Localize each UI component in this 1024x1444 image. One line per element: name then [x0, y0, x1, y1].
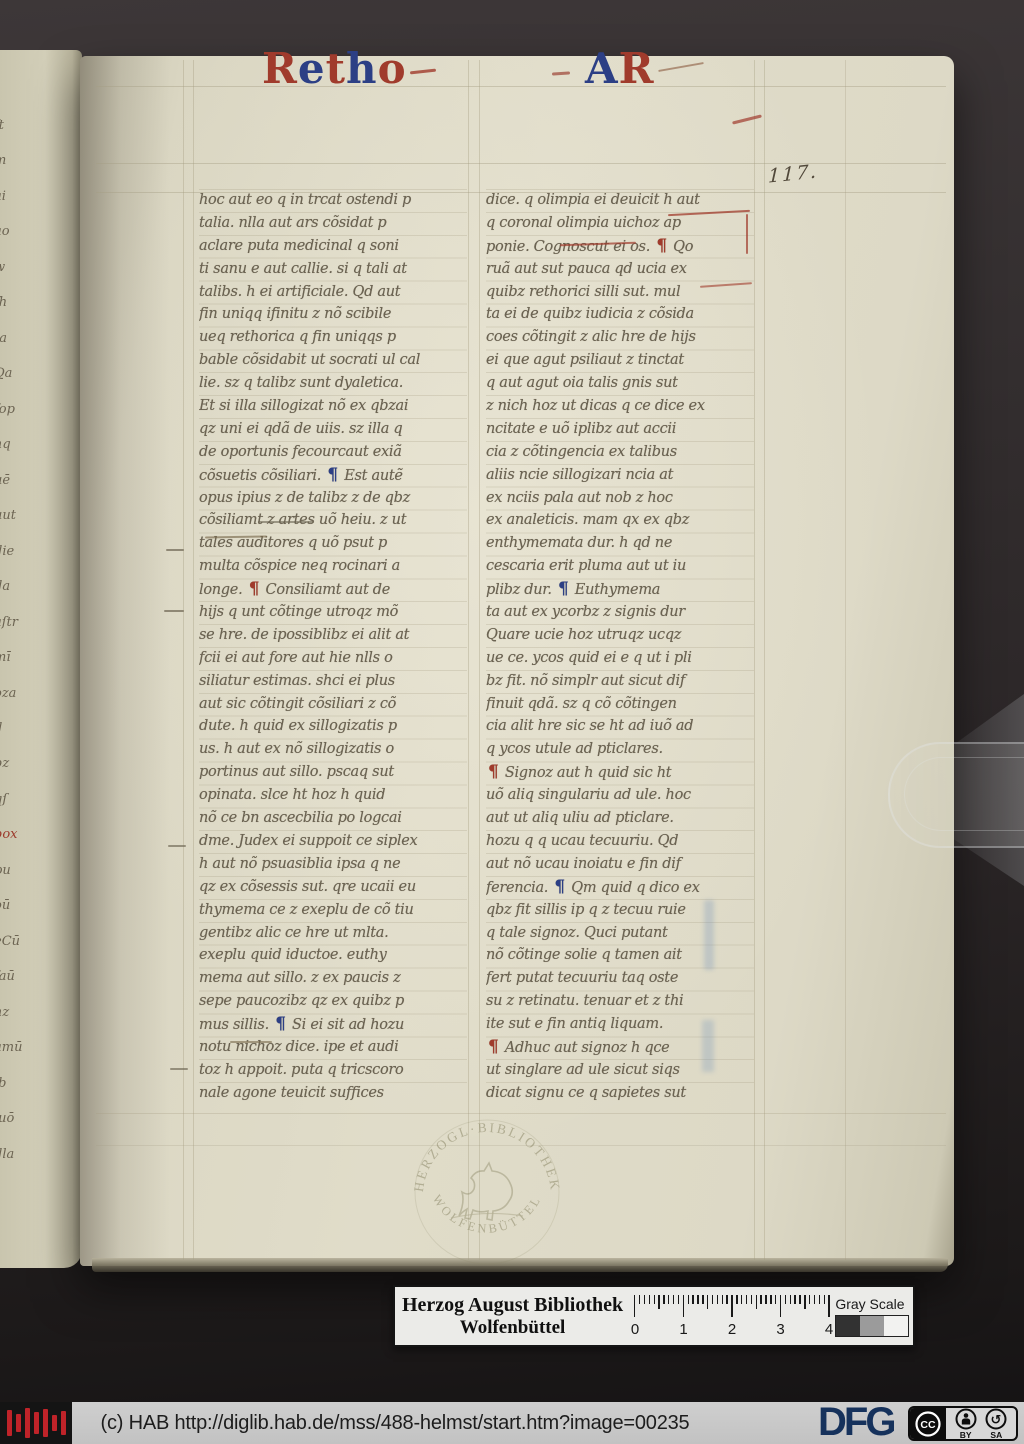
manuscript-line: su z retinatu. tenuar et z thi	[486, 990, 754, 1013]
text-fragment: eCū	[0, 934, 20, 949]
text-fragment: w	[0, 260, 5, 275]
grayscale-patch	[860, 1316, 884, 1336]
manuscript-line: h aut nõ psuasiblia ipsa q ne	[199, 853, 467, 876]
ruler-number: 3	[776, 1321, 784, 1338]
red-margin-stroke	[746, 214, 748, 254]
text-fragment: hz	[0, 1005, 9, 1020]
copyright-url: (c) HAB http://diglib.hab.de/mss/488-hel…	[0, 1402, 790, 1444]
manuscript-line: cescaria erit pluma aut ut iu	[486, 555, 754, 578]
text-fragment: mī	[0, 650, 11, 665]
text-fragment: box	[0, 827, 17, 842]
ruler-tick	[702, 1295, 703, 1304]
text-fragment: ao	[0, 224, 10, 239]
manuscript-line: ue ce. ycos quid ei e q ut i pli	[486, 647, 754, 670]
text-fragment: pu	[0, 863, 11, 878]
ruler-tick	[731, 1295, 732, 1317]
ruler-number: 4	[825, 1321, 833, 1338]
text-fragment: aſtr	[0, 615, 18, 630]
rubric-letter: o	[378, 48, 407, 90]
manuscript-line: toz h appoit. puta q tricscoro	[199, 1059, 467, 1082]
manuscript-line: Quare ucie hoz utruqz ucqz	[486, 624, 754, 647]
manuscript-line: exeplu quid iductoe. euthy	[199, 944, 467, 967]
manuscript-line: coes cõtingit z alic hre de hijs	[486, 326, 754, 349]
ruler-tick	[668, 1295, 669, 1304]
pilcrow-red: ¶	[654, 236, 669, 256]
manuscript-line: ueq rethorica q fin uniqqs p	[199, 326, 467, 349]
ruler-tick	[736, 1295, 737, 1304]
text-fragment: ai	[0, 189, 6, 204]
library-name-line2: Wolfenbüttel	[395, 1317, 630, 1339]
text-fragment: Qa	[0, 366, 12, 381]
cm-ruler: 01234	[634, 1293, 829, 1339]
rubric-letter: R	[262, 48, 298, 90]
manuscript-line: qz ex cõsessis sut. qre ucaii eu	[199, 876, 467, 899]
manuscript-line: opinata. slce ht hoz h quid	[199, 784, 467, 807]
ruler-tick	[819, 1295, 820, 1304]
ruler-tick	[654, 1295, 655, 1304]
text-fragment: oū	[0, 898, 10, 913]
manuscript-line: siliatur estimas. shci ei plus	[199, 670, 467, 693]
manuscript-line: talia. nlla aut ars cõsidat p	[199, 212, 467, 235]
manuscript-line: cõsiliamt z artes uõ heiu. z ut	[199, 509, 467, 532]
underline-mark	[230, 1041, 272, 1043]
manuscript-line: dute. h quid ex sillogizatis p	[199, 715, 467, 738]
ruler-number: 0	[631, 1321, 639, 1338]
manuscript-line: aut ut aliq uliu ad pticlare.	[486, 807, 754, 830]
ruler-tick	[683, 1295, 684, 1317]
manuscript-line: us. h aut ex nõ sillogizatis o	[199, 738, 467, 761]
manuscript-line: q ycos utule ad pticlares.	[486, 738, 754, 761]
ruler-tick	[751, 1295, 752, 1304]
dfg-logo: DFG	[818, 1401, 893, 1443]
svg-text:↺: ↺	[991, 1413, 1002, 1428]
pilcrow-blue: ¶	[552, 877, 567, 897]
text-fragment: bz	[0, 756, 9, 771]
footer-bar: (c) HAB http://diglib.hab.de/mss/488-hel…	[0, 1402, 1024, 1444]
text-fragment: die	[0, 544, 14, 559]
manuscript-line: nale agone teuicit suffices	[199, 1082, 467, 1105]
manuscript-line: mus sillis. ¶ Si ei sit ad hozu	[199, 1013, 467, 1036]
manuscript-line: sepe paucozibz qz ex quibz p	[199, 990, 467, 1013]
manuscript-line: aut nõ ucau inoiatu e fin dif	[486, 853, 754, 876]
manuscript-line: lie. sz q talibz sunt dyaletica.	[199, 372, 467, 395]
manuscript-line: opus ipius z de talibz z de qbz	[199, 487, 467, 510]
text-fragment: d	[0, 721, 2, 736]
manuscript-line: ex nciis pala aut nob z hoc	[486, 487, 754, 510]
text-fragment: m	[0, 153, 6, 168]
manuscript-line: qz uni ei qdã de uiis. sz illa q	[199, 418, 467, 441]
text-fragment: uut	[0, 508, 16, 523]
ruler-tick	[814, 1295, 815, 1304]
text-column-1: hoc aut eo q in trcat ostendi ptalia. nl…	[199, 189, 467, 1105]
ruler-tick	[673, 1295, 674, 1304]
text-fragment: uē	[0, 473, 10, 488]
library-stamp: HERZOGL·BIBLIOTHEK WOLFENBÜTTEL	[407, 1112, 567, 1272]
pilcrow-blue: ¶	[556, 579, 571, 599]
manuscript-line: aut sic cõtingit cõsiliari z cõ	[199, 693, 467, 716]
plastic-strip-inner	[904, 757, 1024, 831]
ruler-tick	[741, 1295, 742, 1304]
cc-license-badge: CC BY ↺ SA	[908, 1406, 1018, 1441]
stamp-top-text: HERZOGL·BIBLIOTHEK	[411, 1120, 563, 1193]
grayscale-patch	[884, 1316, 908, 1336]
running-title-retho: Retho	[262, 48, 407, 90]
margin-dash	[166, 549, 184, 551]
grayscale-target: Gray Scale	[835, 1296, 913, 1337]
manuscript-line: fert putat tecuuriu taq oste	[486, 967, 754, 990]
manuscript-line: fcii ei aut fore aut hie nlls o	[199, 647, 467, 670]
stamp-horse-icon	[451, 1163, 523, 1220]
manuscript-line: cõsuetis cõsiliari. ¶ Est autẽ	[199, 464, 467, 487]
facing-page-text-fragments: ſtmaiaowſhtaQaſophquēuutdiedaaſtrmīozadb…	[0, 118, 44, 1162]
blue-smudge	[704, 900, 714, 970]
grayscale-patch	[836, 1316, 860, 1336]
ruler-tick	[717, 1295, 718, 1304]
ruler-tick	[726, 1295, 727, 1304]
ruler-tick	[639, 1295, 640, 1304]
margin-dash	[168, 845, 186, 847]
ruler-number: 1	[679, 1321, 687, 1338]
svg-text:HERZOGL·BIBLIOTHEK: HERZOGL·BIBLIOTHEK	[411, 1120, 563, 1193]
ruler-tick	[760, 1295, 761, 1304]
ruler-tick	[688, 1295, 689, 1304]
running-title-ar: AR	[585, 48, 655, 90]
cc-by-icon: BY	[955, 1408, 977, 1440]
manuscript-line: ferencia. ¶ Qm quid q dico ex	[486, 876, 754, 899]
manuscript-line: ti sanu e aut callie. si q tali at	[199, 258, 467, 281]
calibration-card: Herzog August Bibliothek Wolfenbüttel 01…	[393, 1285, 915, 1347]
ruler-tick	[799, 1295, 800, 1304]
manuscript-line: talibs. h ei artificiale. Qd aut	[199, 281, 467, 304]
rubric-letter: R	[619, 48, 655, 90]
text-fragment: da	[0, 579, 10, 594]
manuscript-line: nõ ce bn ascecbilia po logcai	[199, 807, 467, 830]
blue-smudge	[702, 1020, 714, 1072]
manuscript-line: cia z cõtingencia ex talibus	[486, 441, 754, 464]
manuscript-line: dme. Judex ei suppoit ce siplex	[199, 830, 467, 853]
manuscript-line: portinus aut sillo. pscaq sut	[199, 761, 467, 784]
manuscript-line: ponie. Cognoscut ei os. ¶ Qo	[486, 235, 754, 258]
manuscript-line: uõ aliq singulariu ad ule. hoc	[486, 784, 754, 807]
text-fragment: oza	[0, 686, 16, 701]
text-fragment: qſ	[0, 792, 7, 807]
manuscript-photo: ſtmaiaowſhtaQaſophquēuutdiedaaſtrmīozadb…	[0, 0, 1024, 1444]
ruler-tick	[707, 1295, 708, 1309]
manuscript-line: ta ei de quibz iudicia z cõsida	[486, 303, 754, 326]
manuscript-line: ruã aut sut pauca qd ucia ex	[486, 258, 754, 281]
ruler-tick	[804, 1295, 805, 1309]
ruler-tick	[770, 1295, 771, 1304]
ruler-tick	[678, 1295, 679, 1304]
rubric-letter: t	[326, 48, 346, 90]
ruler-tick	[692, 1295, 693, 1304]
manuscript-line: ¶ Signoz aut h quid sic ht	[486, 761, 754, 784]
library-name-line1: Herzog August Bibliothek	[395, 1294, 630, 1317]
manuscript-line: bable cõsidabit ut socrati ul cal	[199, 349, 467, 372]
rubric-letter: h	[346, 48, 378, 90]
manuscript-line: finuit qdã. sz q cõ cõtingen	[486, 693, 754, 716]
text-fragment: ſt	[0, 118, 4, 133]
ruler-tick	[722, 1295, 723, 1304]
ruler-tick	[746, 1295, 747, 1304]
manuscript-line: hoc aut eo q in trcat ostendi p	[199, 189, 467, 212]
ruler-tick	[809, 1295, 810, 1304]
text-fragment: dla	[0, 1147, 14, 1162]
pilcrow-blue: ¶	[325, 465, 340, 485]
text-fragment: amū	[0, 1040, 22, 1055]
ruler-tick	[824, 1295, 825, 1304]
pilcrow-blue: ¶	[273, 1014, 288, 1034]
grayscale-label: Gray Scale	[835, 1296, 913, 1312]
text-fragment: ſaū	[0, 969, 15, 984]
ruler-tick	[765, 1295, 766, 1304]
text-fragment: ta	[0, 331, 7, 346]
manuscript-line: fin uniqq ifinitu z nõ scibile	[199, 303, 467, 326]
manuscript-line: mema aut sillo. z ex paucis z	[199, 967, 467, 990]
ruler-tick	[828, 1295, 829, 1317]
manuscript-line: z nich hoz ut dicas q ce dice ex	[486, 395, 754, 418]
pilcrow-red: ¶	[247, 579, 262, 599]
manuscript-line: dicat signu ce q sapietes sut	[486, 1082, 754, 1105]
ruler-tick	[644, 1295, 645, 1304]
manuscript-line: longe. ¶ Consiliamt aut de	[199, 578, 467, 601]
ruler-tick	[658, 1295, 659, 1309]
manuscript-line: bz fit. nõ simplr aut sicut dif	[486, 670, 754, 693]
manuscript-line: ncitate e uõ iplibz aut accii	[486, 418, 754, 441]
manuscript-line: ta aut ex ycorbz z signis dur	[486, 601, 754, 624]
manuscript-line: hozu q q ucau tecuuriu. Qd	[486, 830, 754, 853]
manuscript-line: dice. q olimpia ei deuicit h aut	[486, 189, 754, 212]
library-name: Herzog August Bibliothek Wolfenbüttel	[395, 1294, 630, 1339]
ruler-tick	[775, 1295, 776, 1304]
ruler-tick	[790, 1295, 791, 1304]
margin-dash	[170, 1068, 188, 1070]
ruler-tick	[634, 1295, 635, 1317]
manuscript-line: de oportunis fecourcaut exiã	[199, 441, 467, 464]
ruler-tick	[663, 1295, 664, 1304]
strikethrough-mark	[258, 521, 314, 523]
manuscript-line: cia alit hre sic se ht ad iuõ ad	[486, 715, 754, 738]
ruler-tick	[780, 1295, 781, 1317]
ruler-tick	[794, 1295, 795, 1304]
rubric-letter: A	[585, 48, 619, 90]
manuscript-line: ei que agut psiliaut z tinctat	[486, 349, 754, 372]
ruler-tick	[649, 1295, 650, 1304]
text-fragment: ſh	[0, 295, 7, 310]
manuscript-line: ex analeticis. mam qx ex qbz	[486, 509, 754, 532]
manuscript-line: Et si illa sillogizat nõ ex qbzai	[199, 395, 467, 418]
rubric-letter: e	[298, 48, 326, 90]
pilcrow-red: ¶	[486, 1037, 501, 1057]
manuscript-line: q coronal olimpia uichoz ap	[486, 212, 754, 235]
ruler-number: 2	[728, 1321, 736, 1338]
manuscript-line: thymema ce z exeplu de cõ tiu	[199, 899, 467, 922]
ruler-tick	[756, 1295, 757, 1309]
margin-dash	[164, 610, 184, 612]
manuscript-line: gentibz alic ce hre ut mlta.	[199, 922, 467, 945]
pilcrow-red: ¶	[486, 762, 501, 782]
ruler-tick	[785, 1295, 786, 1304]
manuscript-line: q aut agut oia talis gnis sut	[486, 372, 754, 395]
manuscript-line: se hre. de ipossiblibz ei alit at	[199, 624, 467, 647]
manuscript-line: aliis ncie sillogizari ncia at	[486, 464, 754, 487]
ruler-tick	[697, 1295, 698, 1304]
text-fragment: ib	[0, 1076, 6, 1091]
manuscript-line: plibz dur. ¶ Euthymema	[486, 578, 754, 601]
text-fragment: luō	[0, 1111, 14, 1126]
ruler-tick	[712, 1295, 713, 1304]
cc-logo-icon: CC	[910, 1408, 946, 1439]
manuscript-line: hijs q unt cõtinge utroqz mõ	[199, 601, 467, 624]
svg-text:CC: CC	[920, 1419, 936, 1431]
manuscript-line: aclare puta medicinal q soni	[199, 235, 467, 258]
text-fragment: hq	[0, 437, 11, 452]
text-fragment: ſop	[0, 402, 15, 417]
manuscript-line: notu nichoz dice. ipe et audi	[199, 1036, 467, 1059]
manuscript-line: multa cõspice neq rocinari a	[199, 555, 467, 578]
grayscale-patches	[835, 1315, 909, 1337]
cc-sa-icon: ↺ SA	[985, 1408, 1007, 1440]
manuscript-line: enthymemata dur. h qd ne	[486, 532, 754, 555]
gutter-shadow	[80, 56, 170, 1266]
